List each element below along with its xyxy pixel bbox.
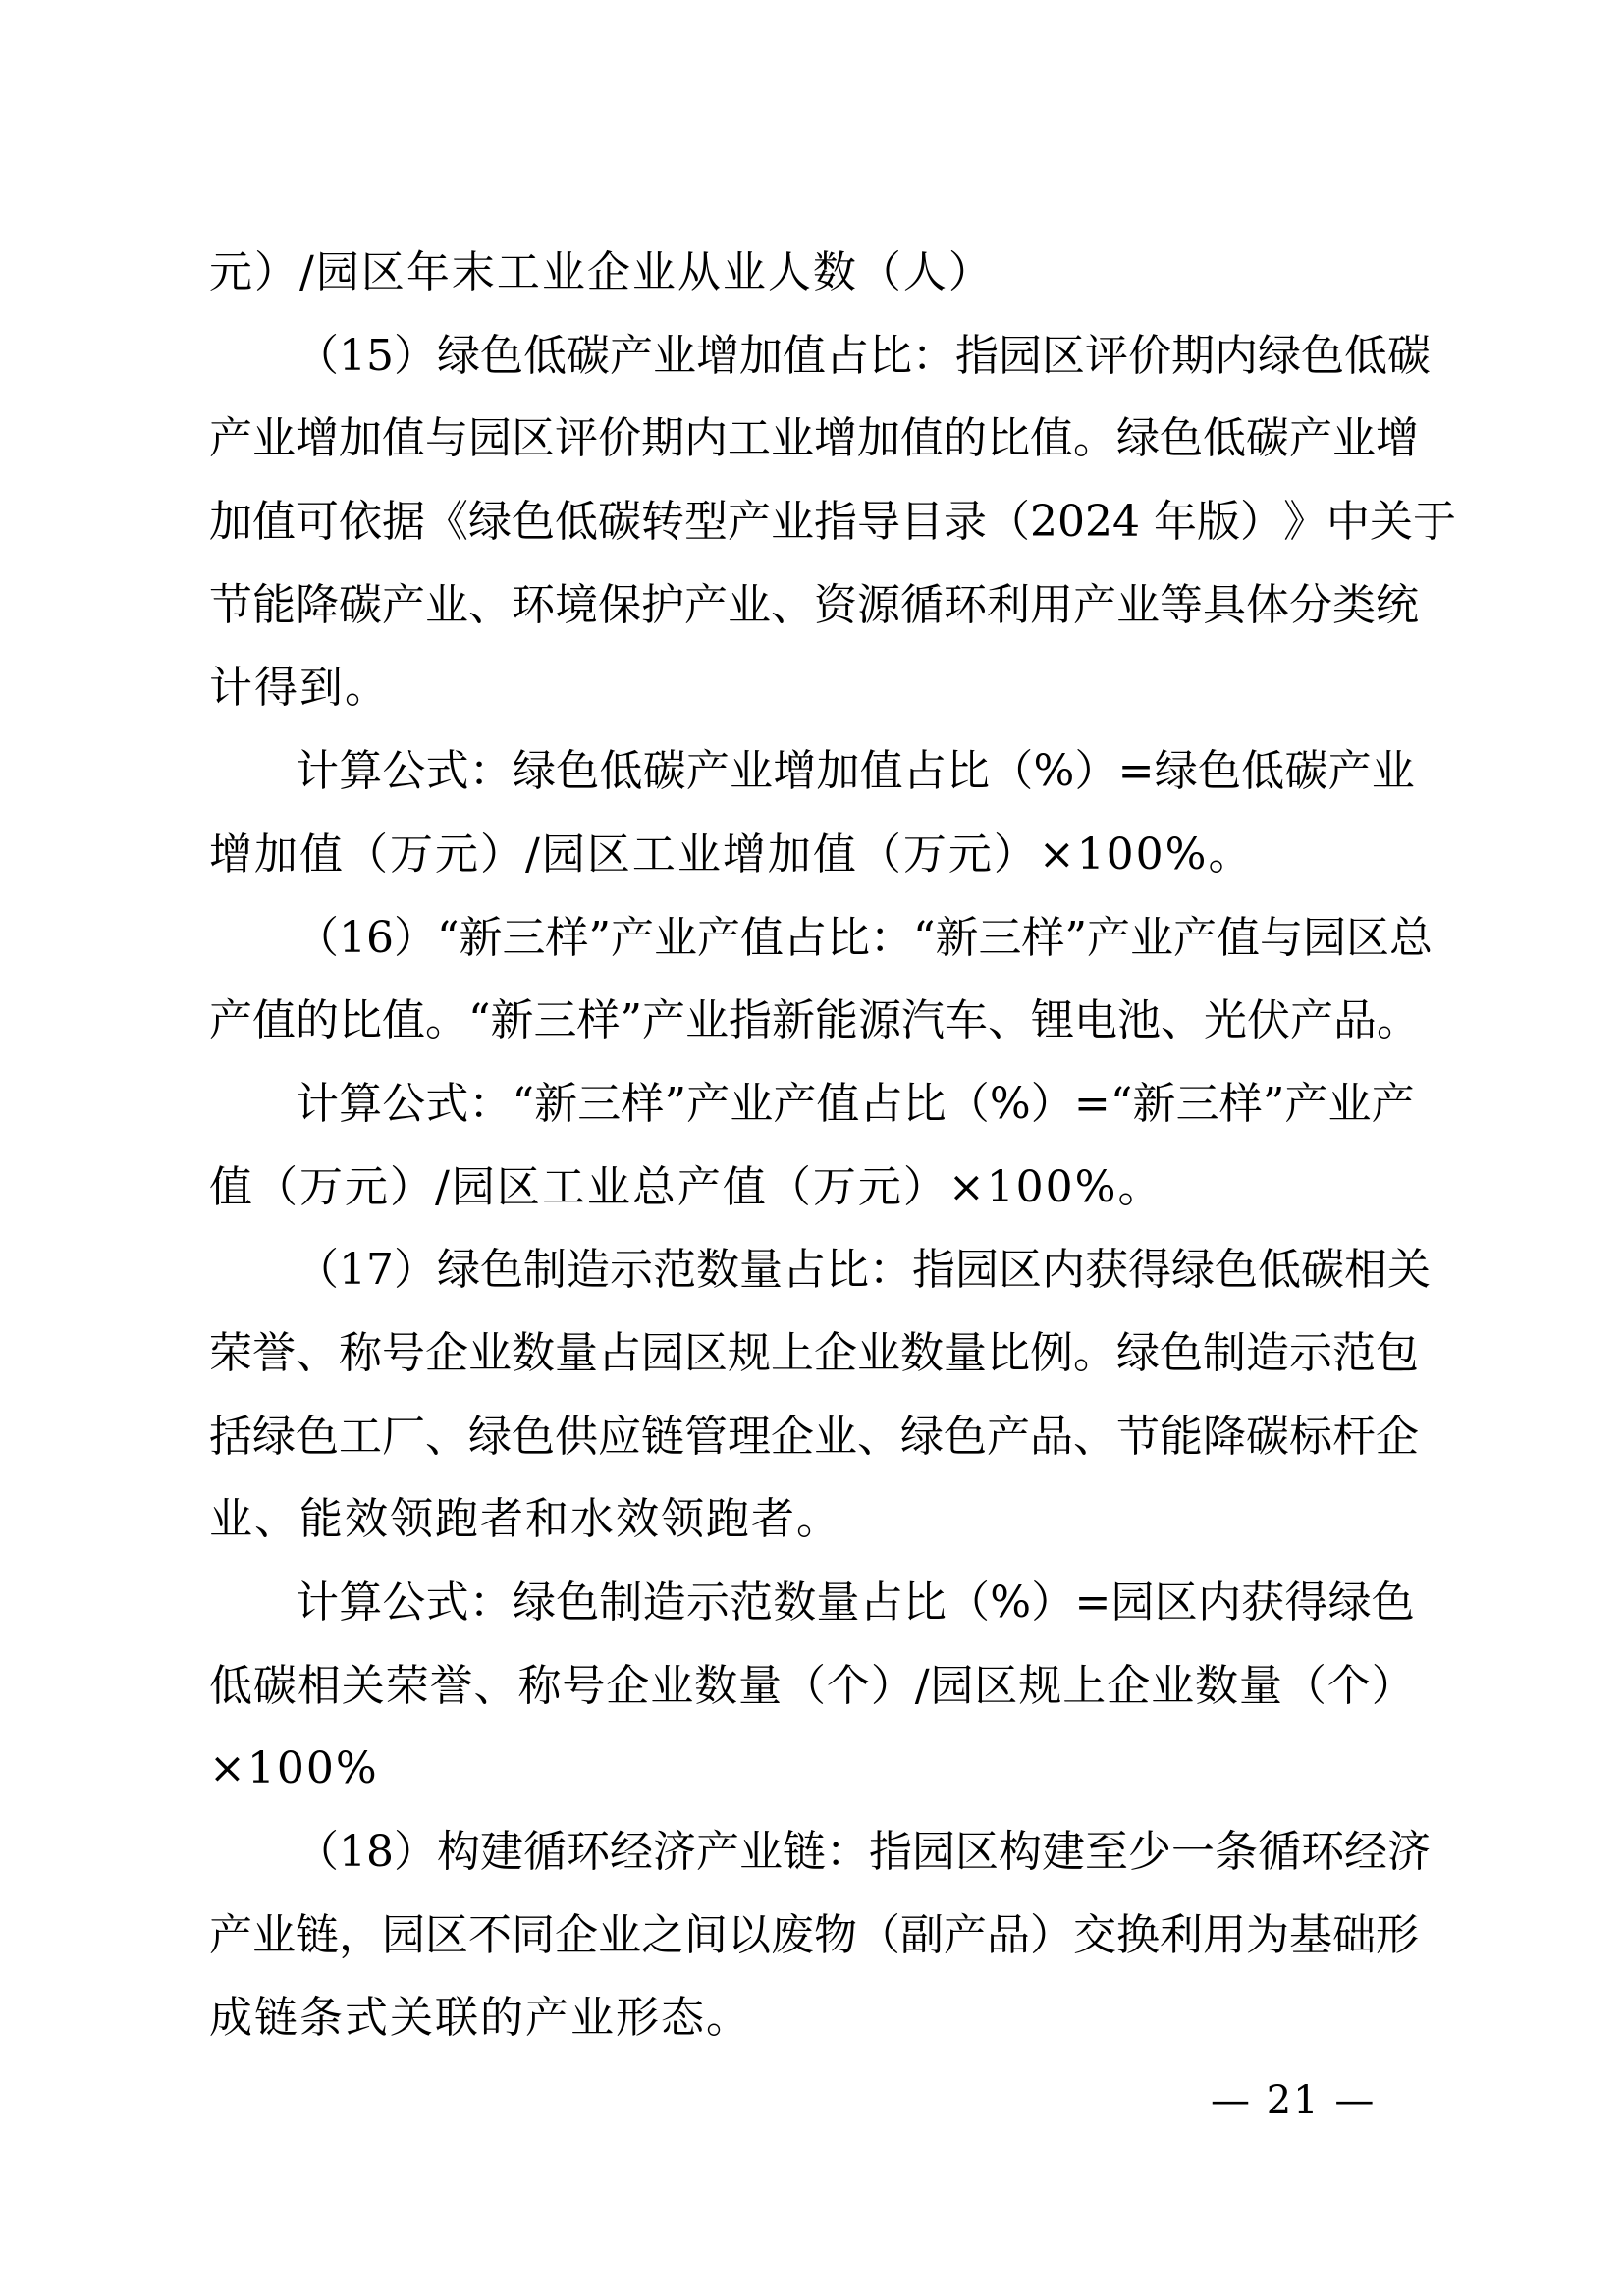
document-page: 元）/园区年末工业企业从业人数（人）（15）绿色低碳产业增加值占比：指园区评价期… — [0, 0, 1624, 2296]
text-line: 产值的比值。“新三样”产业指新能源汽车、锂电池、光伏产品。 — [209, 980, 1415, 1063]
text-line: 元）/园区年末工业企业从业人数（人） — [209, 232, 1415, 315]
text-line: 加值可依据《绿色低碳转型产业指导目录（2024 年版）》中关于 — [209, 481, 1415, 564]
text-line: 计得到。 — [209, 647, 1415, 730]
text-line: 值（万元）/园区工业总产值（万元）×100%。 — [209, 1147, 1415, 1230]
page-number: — 21 — — [1211, 2073, 1378, 2128]
text-line: 计算公式：绿色制造示范数量占比（%）=园区内获得绿色 — [209, 1562, 1415, 1645]
text-line: （18）构建循环经济产业链：指园区构建至少一条循环经济 — [209, 1811, 1415, 1895]
text-line: 低碳相关荣誉、称号企业数量（个）/园区规上企业数量（个） — [209, 1645, 1415, 1729]
text-line: 产业增加值与园区评价期内工业增加值的比值。绿色低碳产业增 — [209, 398, 1415, 481]
text-line: 业、能效领跑者和水效领跑者。 — [209, 1478, 1415, 1562]
text-line: （16）“新三样”产业产值占比：“新三样”产业产值与园区总 — [209, 897, 1415, 981]
text-line: 节能降碳产业、环境保护产业、资源循环利用产业等具体分类统 — [209, 564, 1415, 648]
document-body: 元）/园区年末工业企业从业人数（人）（15）绿色低碳产业增加值占比：指园区评价期… — [209, 232, 1415, 2060]
text-line: 产业链，园区不同企业之间以废物（副产品）交换利用为基础形 — [209, 1895, 1415, 1978]
text-line: （17）绿色制造示范数量占比：指园区内获得绿色低碳相关 — [209, 1229, 1415, 1312]
text-line: 荣誉、称号企业数量占园区规上企业数量比例。绿色制造示范包 — [209, 1312, 1415, 1396]
text-line: ×100% — [209, 1728, 1415, 1811]
text-line: （15）绿色低碳产业增加值占比：指园区评价期内绿色低碳 — [209, 315, 1415, 399]
text-line: 成链条式关联的产业形态。 — [209, 1977, 1415, 2060]
text-line: 计算公式：绿色低碳产业增加值占比（%）=绿色低碳产业 — [209, 730, 1415, 814]
text-line: 括绿色工厂、绿色供应链管理企业、绿色产品、节能降碳标杆企 — [209, 1396, 1415, 1479]
text-line: 计算公式：“新三样”产业产值占比（%）=“新三样”产业产 — [209, 1063, 1415, 1147]
text-line: 增加值（万元）/园区工业增加值（万元）×100%。 — [209, 814, 1415, 897]
